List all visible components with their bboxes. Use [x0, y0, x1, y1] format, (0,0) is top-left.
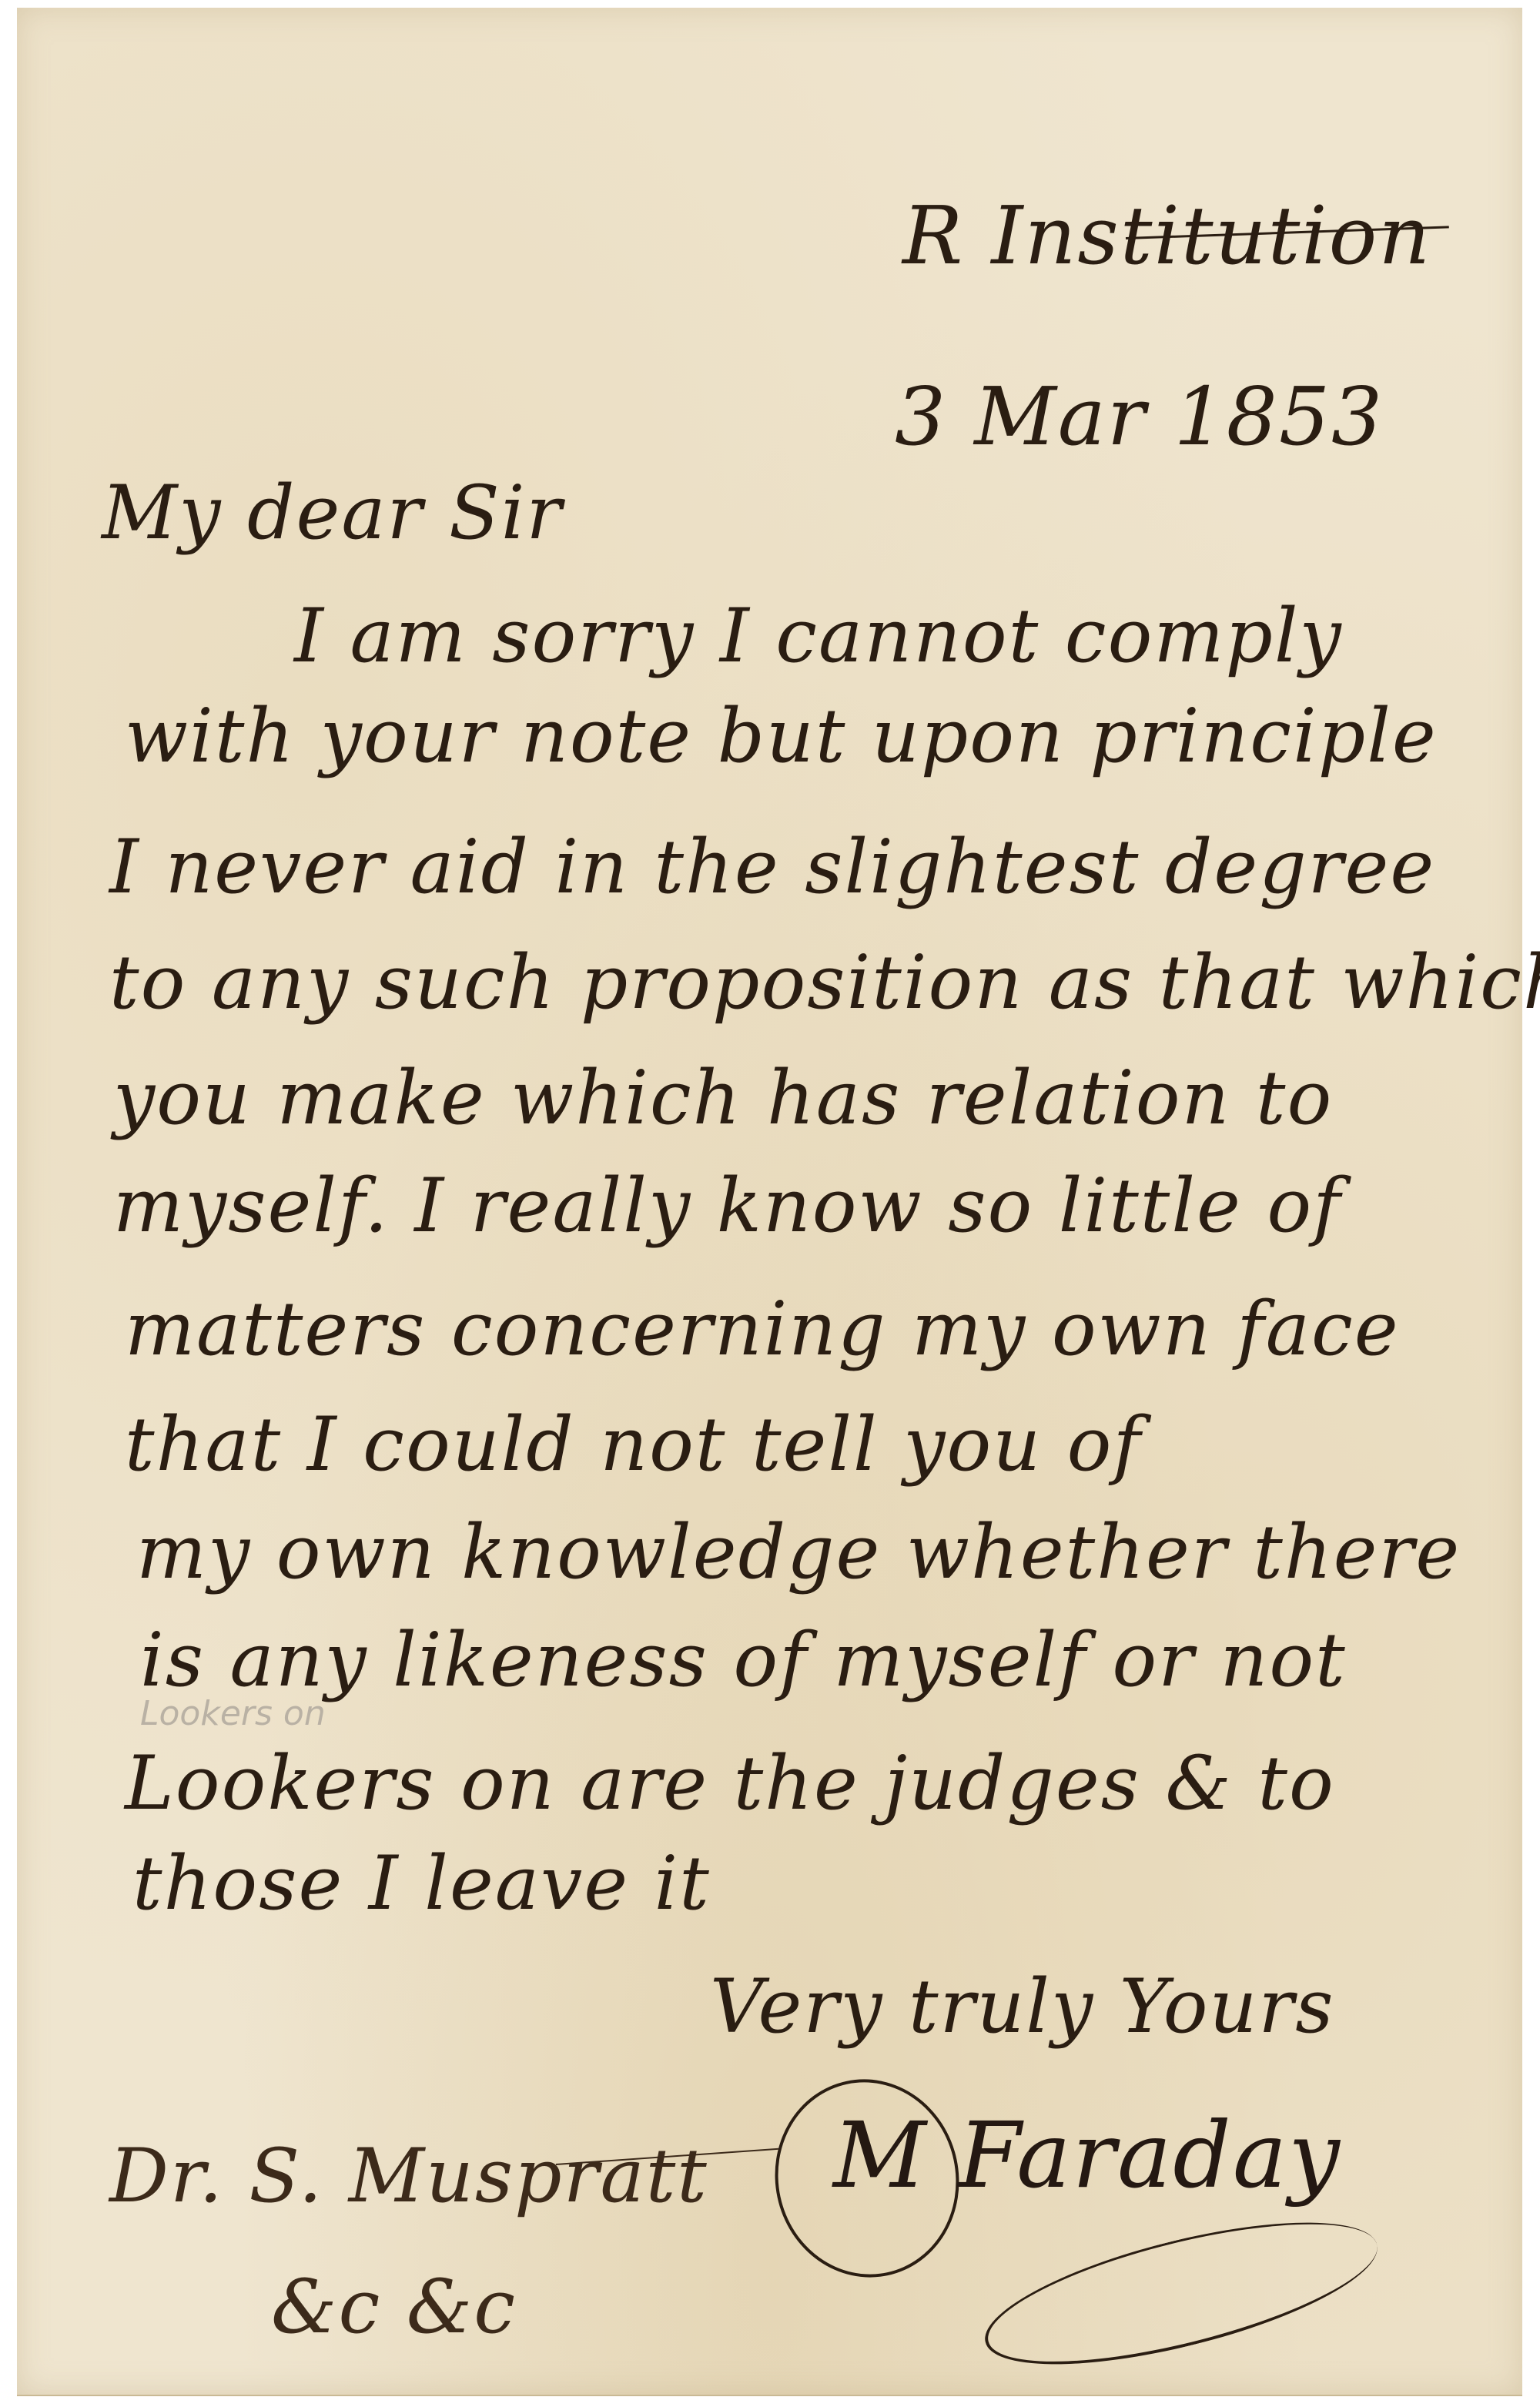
letter-body-line-8: that I could not tell you of	[125, 1401, 1142, 1488]
letter-body-line-6: myself. I really know so little of	[113, 1163, 1342, 1249]
letter-body-line-11: Lookers on are the judges & to	[125, 1740, 1335, 1826]
recipient-suffix: &c &c	[271, 2264, 517, 2350]
letter-closing: Very truly Yours	[710, 1963, 1335, 2050]
letter-body-line-4: to any such proposition as that which	[109, 939, 1540, 1026]
pencil-annotation: Lookers on	[140, 1694, 326, 1733]
signature-underline-flourish	[973, 2194, 1390, 2394]
letter-body-line-3: I never aid in the slightest degree	[109, 824, 1435, 910]
letter-sheet: R Institution 3 Mar 1853 My dear Sir I a…	[17, 8, 1522, 2396]
letter-body-line-1: I am sorry I cannot comply	[294, 593, 1343, 679]
letter-signature: M Faraday	[833, 2102, 1341, 2208]
letter-body-line-2: with your note but upon principle	[125, 693, 1438, 779]
letter-date: 3 Mar 1853	[895, 370, 1384, 464]
letter-body-line-7: matters concerning my own face	[125, 1286, 1400, 1372]
letter-body-line-9: my own knowledge whether there	[136, 1509, 1461, 1595]
recipient-name: Dr. S. Muspratt	[109, 2133, 708, 2219]
letter-body-line-5: you make which has relation to	[113, 1055, 1333, 1141]
letter-salutation: My dear Sir	[102, 470, 563, 556]
letter-body-line-10: is any likeness of myself or not	[140, 1617, 1347, 1703]
letter-body-line-12: those I leave it	[132, 1840, 711, 1927]
